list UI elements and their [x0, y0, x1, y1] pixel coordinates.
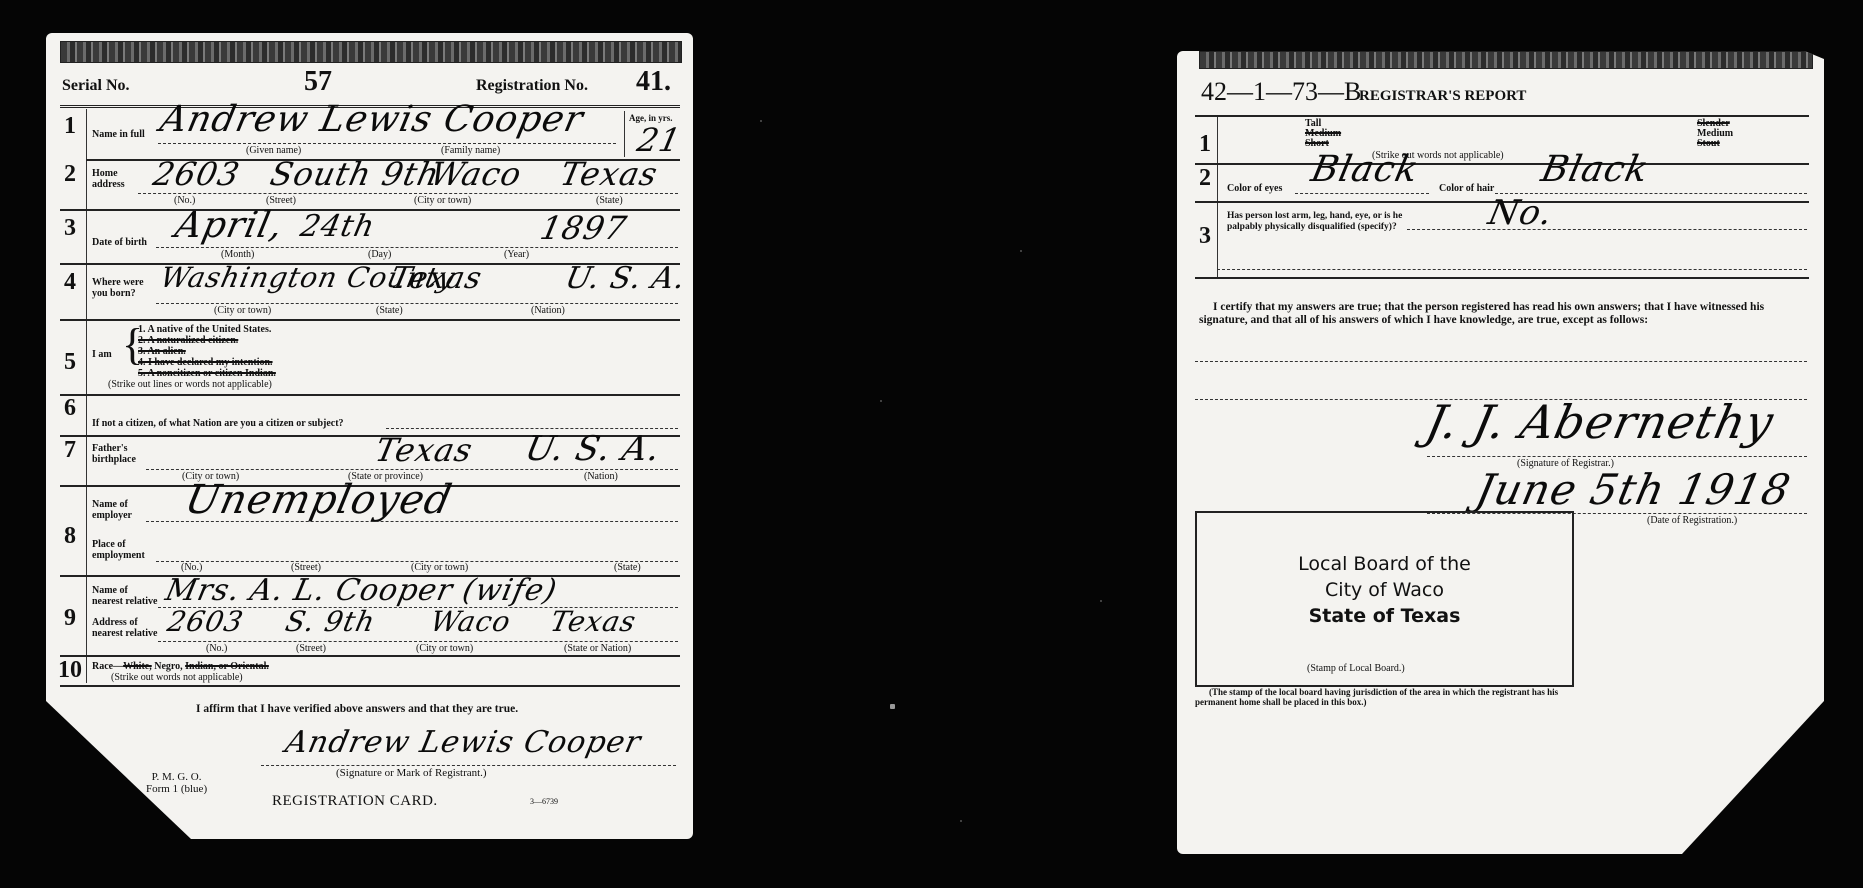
dob-month: April, [172, 205, 287, 246]
home-address-no: 2603 [150, 155, 244, 193]
serial-label: Serial No. [62, 77, 130, 94]
relative-address-city: Waco [427, 605, 514, 638]
race-option: White, [123, 661, 152, 672]
father-birthplace-nation: U. S. A. [522, 429, 665, 469]
birthplace-state: Texas [387, 261, 485, 296]
build-option: Stout [1697, 139, 1733, 149]
race-note: (Strike out words not applicable) [111, 672, 243, 683]
hair-color-label: Color of hair [1439, 183, 1494, 194]
race-option: Indian, or Oriental. [185, 661, 269, 672]
registrar-signature: J. J. Abernethy [1421, 395, 1779, 449]
home-address-state: Texas [557, 155, 661, 193]
background-speck [880, 400, 882, 402]
citizenship-option: 4. I have declared my intention. [138, 357, 276, 368]
registration-label: Registration No. [476, 77, 588, 95]
dob-year: 1897 [537, 209, 631, 247]
background-speck [1020, 250, 1022, 252]
header-band [1199, 51, 1813, 69]
stamp-hint: (Stamp of Local Board.) [1307, 663, 1405, 674]
citizenship-options: 1. A native of the United States. 2. A n… [138, 324, 276, 379]
report-title: REGISTRAR'S REPORT [1359, 88, 1526, 105]
registration-date-hint: (Date of Registration.) [1647, 515, 1737, 526]
affirmation-text: I affirm that I have verified above answ… [196, 703, 518, 715]
father-birthplace-label: Father's birthplace [92, 443, 136, 465]
home-address-city: Waco [427, 155, 525, 193]
place-of-employment-label: Place of employment [92, 539, 145, 561]
relative-address-label: Address of nearest relative [92, 617, 157, 639]
home-address-street: South 9th [267, 155, 443, 193]
stamp-text: Local Board of the City of Waco State of… [1197, 551, 1572, 629]
citizenship-option: 3. An alien. [138, 346, 276, 357]
citizenship-label: I am [92, 349, 112, 360]
registration-card: Serial No. 57 Registration No. 41. 1 Nam… [46, 33, 693, 839]
employer-label: Name of employer [92, 499, 132, 521]
form-id: P. M. G. O. Form 1 (blue) [146, 771, 207, 795]
build-options: Slender Medium Stout [1697, 119, 1733, 149]
employer-value: Unemployed [181, 477, 456, 523]
home-address-label: Home address [92, 168, 125, 190]
dob-day: 24th [297, 209, 378, 244]
row-number: 1 [64, 113, 76, 140]
citizenship-option: 5. A noncitizen or citizen Indian. [138, 368, 276, 379]
background-speck [1100, 600, 1102, 602]
citizenship-note: (Strike out lines or words not applicabl… [108, 379, 272, 390]
disability-label: Has person lost arm, leg, hand, eye, or … [1227, 211, 1402, 233]
birthplace-label: Where were you born? [92, 277, 144, 299]
race-option: Negro, [154, 661, 182, 672]
background-speck [760, 120, 762, 122]
certification-text: I certify that my answers are true; that… [1199, 301, 1809, 327]
registration-date: June 5th 1918 [1472, 465, 1795, 514]
registrant-signature: Andrew Lewis Cooper [282, 725, 644, 760]
race-field: Race—White, Negro, Indian, or Oriental. [92, 661, 269, 672]
citizenship-option: 1. A native of the United States. [138, 324, 276, 335]
stamp-note: (The stamp of the local board having jur… [1195, 687, 1573, 707]
print-code: 3—6739 [530, 797, 558, 806]
relative-address-street: S. 9th [282, 605, 378, 638]
background-speck [960, 820, 962, 822]
local-board-stamp: Local Board of the City of Waco State of… [1195, 511, 1574, 687]
birthplace-nation: U. S. A. [562, 261, 689, 296]
serial-value: 57 [304, 66, 332, 98]
citizenship-option: 2. A naturalized citizen. [138, 335, 276, 346]
card-title: REGISTRATION CARD. [272, 793, 438, 810]
signature-hint: (Signature or Mark of Registrant.) [336, 767, 487, 779]
nearest-relative-label: Name of nearest relative [92, 585, 157, 607]
height-option: Short [1305, 139, 1341, 149]
relative-address-no: 2603 [164, 605, 246, 638]
report-code: 42—1—73—B [1201, 77, 1361, 107]
background-speck [890, 704, 895, 709]
hair-color-value: Black [1538, 149, 1653, 190]
disability-value: No. [1485, 193, 1557, 233]
relative-address-state: Texas [547, 605, 639, 638]
name-label: Name in full [92, 129, 145, 140]
name-value: Andrew Lewis Cooper [157, 99, 588, 140]
serial-number-field: Serial No. [62, 77, 130, 95]
eye-color-label: Color of eyes [1227, 183, 1282, 194]
eye-color-value: Black [1308, 149, 1423, 190]
citizen-of-nation-label: If not a citizen, of what Nation are you… [92, 418, 344, 429]
registration-value: 41. [636, 66, 671, 98]
height-options: Tall Medium Short [1305, 119, 1341, 149]
father-birthplace-state: Texas [372, 431, 476, 469]
registrars-report-card: 42—1—73—B REGISTRAR'S REPORT 1 Tall Medi… [1177, 51, 1824, 854]
header-band [60, 41, 682, 63]
dob-label: Date of birth [92, 237, 147, 248]
age-value: 21 [634, 121, 685, 159]
nearest-relative-value: Mrs. A. L. Cooper (wife) [162, 573, 560, 608]
